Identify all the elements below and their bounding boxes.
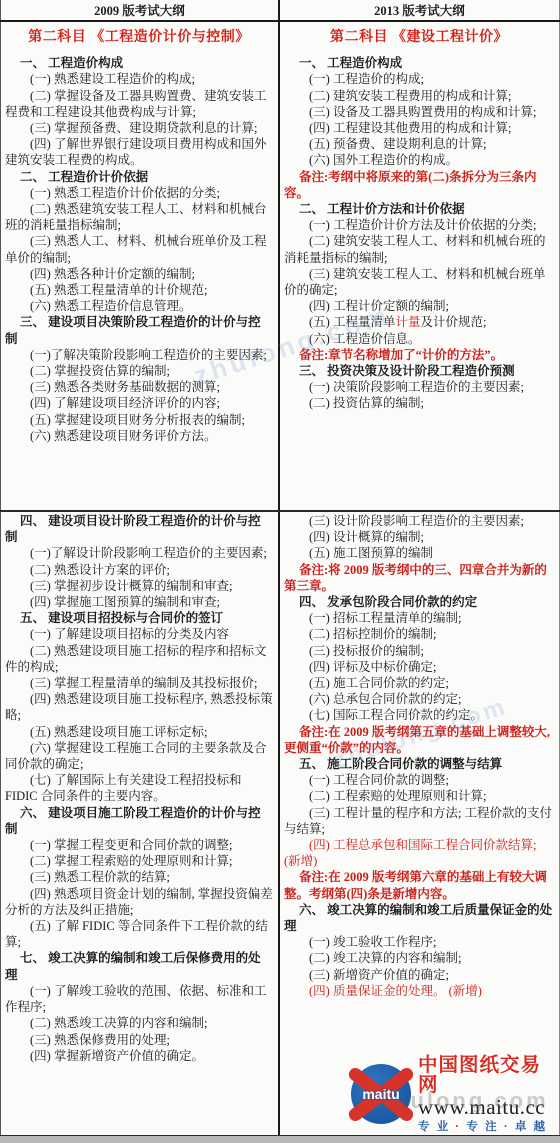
- outline-line: 六、 建设项目施工阶段工程造价的计价与控制: [5, 805, 273, 837]
- outline-line: 四、 发承包阶段合同价款的约定: [284, 594, 554, 610]
- outline-line: 二、 工程计价方法和计价依据: [284, 201, 554, 217]
- outline-line: (四) 工程建设其他费用的构成和计算;: [284, 120, 554, 136]
- outline-line: (一) 熟悉工程造价计价依据的分类;: [5, 185, 273, 201]
- outline-line: 备注:将 2009 版考纲中的三、四章合并为新的第三章。: [284, 562, 554, 594]
- outline-line: (三) 熟悉人工、材料、机械台班单价及工程单价的编制;: [5, 233, 273, 265]
- outline-line: 一、 工程造价构成: [284, 55, 554, 71]
- outline-line: (三) 熟悉各类财务基础数据的测算;: [5, 379, 273, 395]
- outline-line: (五) 预备费、建设期利息的计算;: [284, 136, 554, 152]
- outline-line: 二、 工程造价计价依据: [5, 169, 273, 185]
- outline-line: (四) 熟悉建设项目施工投标程序, 熟悉投标策略;: [5, 691, 273, 723]
- outline-line: (三) 掌握预备费、建设期贷款利息的计算;: [5, 120, 273, 136]
- outline-line: (二) 熟悉建筑安装工程人工、材料和机械台班的消耗量指标编制;: [5, 201, 273, 233]
- outline-line: (六) 熟悉建设项目财务评价方法。: [5, 428, 273, 444]
- outline-line: (四) 设计概算的编制;: [284, 529, 554, 545]
- outline-line: (四) 评标及中标价确定;: [284, 659, 554, 675]
- outline-line: (三) 掌握初步设计概算的编制和审查;: [5, 578, 273, 594]
- section-title-2013: 第二科目 《建设工程计价》: [284, 30, 554, 46]
- outline-line: (二) 熟悉竣工决算的内容和编制;: [5, 1015, 273, 1031]
- section-title-2009: 第二科目 《工程造价计价与控制》: [5, 30, 273, 46]
- outline-line: (四) 工程总承包和国际工程合同价款结算; (新增): [284, 837, 554, 869]
- outline-line: (七) 国际工程合同价款的约定。: [284, 707, 554, 723]
- outline-line: (四) 了解世界银行建设项目费用构成和国外建筑安装工程费的构成。: [5, 136, 273, 168]
- outline-line: (三) 熟悉工程价款的结算;: [5, 869, 273, 885]
- outline-line: (四) 掌握新增资产价值的确定。: [5, 1048, 273, 1064]
- outline-line: (四) 工程计价定额的编制;: [284, 298, 554, 314]
- outline-line: (二) 熟悉建设项目施工招标的程序和招标文件的构成;: [5, 643, 273, 675]
- outline-line: (五) 施工图预算的编制: [284, 545, 554, 561]
- table-header-row: 2009 版考试大纲 2013 版考试大纲: [0, 0, 560, 22]
- outline-line: (四) 质量保证金的处理。 (新增): [284, 983, 554, 999]
- outline-line: (三) 掌握工程量清单的编制及其投标报价;: [5, 675, 273, 691]
- outline-line: (五) 掌握建设项目财务分析报表的编制;: [5, 412, 273, 428]
- outline-line: (一) 决策阶段影响工程造价的主要因素;: [284, 379, 554, 395]
- maitu-badge-icon: maitu: [348, 1061, 414, 1127]
- outline-line: 四、 建设项目设计阶段工程造价的计价与控制: [5, 513, 273, 545]
- outline-line: 五、 施工阶段合同价款的调整与结算: [284, 756, 554, 772]
- logo-badge-text: maitu: [356, 1086, 406, 1102]
- outline-line: (二) 掌握投资估算的编制;: [5, 363, 273, 379]
- outline-line: (五) 熟悉建设项目施工评标定标;: [5, 724, 273, 740]
- outline-line: (六) 熟悉工程造价信息管理。: [5, 298, 273, 314]
- outline-line: 备注:考纲中将原来的第(二)条拆分为三条内容。: [284, 169, 554, 201]
- outline-line: (五) 熟悉工程量清单的计价规范;: [5, 282, 273, 298]
- outline-line: (二) 掌握设备及工器具购置费、建筑安装工程费和工程建设其他费构成与计算;: [5, 88, 273, 120]
- outline-line: 六、 竣工决算的编制和竣工后质量保证金的处理: [284, 902, 554, 934]
- outline-list: 一、 工程造价构成(一) 熟悉建设工程造价的构成;(二) 掌握设备及工器具购置费…: [5, 55, 273, 444]
- outline-line: (一)了解设计阶段影响工程造价的主要因素;: [5, 545, 273, 561]
- outline-list: 四、 建设项目设计阶段工程造价的计价与控制(一)了解设计阶段影响工程造价的主要因…: [5, 513, 273, 1064]
- outline-line: (四) 了解建设项目经济评价的内容;: [5, 395, 273, 411]
- outline-line: (六) 国外工程造价的构成。: [284, 152, 554, 168]
- outline-line: (二) 掌握工程索赔的处理原则和计算;: [5, 853, 273, 869]
- outline-line: (二) 熟悉设计方案的评价;: [5, 562, 273, 578]
- outline-line: (一) 竣工验收工作程序;: [284, 934, 554, 950]
- outline-line: (三) 熟悉保修费用的处理;: [5, 1032, 273, 1048]
- outline-line: (三) 新增资产价值的确定;: [284, 967, 554, 983]
- outline-line: (五) 了解 FIDIC 等合同条件下工程价款的结算;: [5, 918, 273, 950]
- outline-line: 备注:在 2009 版考纲第五章的基础上调整较大, 更侧重“价款”的内容。: [284, 724, 554, 756]
- outline-line: 三、 建设项目决策阶段工程造价的计价与控制: [5, 314, 273, 346]
- cell-2013-part2: (三) 设计阶段影响工程造价的主要因素;(四) 设计概算的编制;(五) 施工图预…: [280, 512, 560, 1135]
- outline-line: (二) 建筑安装工程人工、材料和机械台班的消耗量指标的编制;: [284, 233, 554, 265]
- syllabus-comparison-page: 2009 版考试大纲 2013 版考试大纲 第二科目 《工程造价计价与控制》 一…: [0, 0, 560, 1143]
- site-slogan: 专 业 · 专 注 · 卓 越: [418, 1121, 553, 1133]
- outline-line: (四) 熟悉各种计价定额的编制;: [5, 266, 273, 282]
- outline-line: 七、 竣工决算的编制和竣工后保修费用的处理: [5, 950, 273, 982]
- outline-line: (六) 掌握建设工程施工合同的主要条款及合同价款的确定;: [5, 740, 273, 772]
- outline-line: (一) 工程造价的构成;: [284, 71, 554, 87]
- outline-line: (一) 工程造价计价方法及计价依据的分类;: [284, 217, 554, 233]
- outline-line: (三) 设备及工器具购置费用的构成和计算;: [284, 104, 554, 120]
- outline-line: (一) 了解建设项目招标的分类及内容: [5, 626, 273, 642]
- outline-line: 一、 工程造价构成: [5, 55, 273, 71]
- outline-line: (三) 投标报价的编制;: [284, 643, 554, 659]
- outline-line: (四) 掌握施工图预算的编制和审查;: [5, 594, 273, 610]
- outline-list: 一、 工程造价构成(一) 工程造价的构成;(二) 建筑安装工程费用的构成和计算;…: [284, 55, 554, 411]
- outline-line: (二) 招标控制价的编制;: [284, 626, 554, 642]
- cell-2009-part1: 第二科目 《工程造价计价与控制》 一、 工程造价构成(一) 熟悉建设工程造价的构…: [0, 22, 280, 510]
- outline-line: (一) 工程合同价款的调整;: [284, 772, 554, 788]
- outline-line: (一) 招标工程量清单的编制;: [284, 610, 554, 626]
- outline-line: (六) 总承包合同价款的约定;: [284, 691, 554, 707]
- column-header-2013: 2013 版考试大纲: [280, 0, 560, 20]
- cell-2013-part1: 第二科目 《建设工程计价》 一、 工程造价构成(一) 工程造价的构成;(二) 建…: [280, 22, 560, 510]
- outline-line: (三) 工程计量的程序和方法; 工程价款的支付与结算;: [284, 805, 554, 837]
- outline-line: 备注:在 2009 版考纲第六章的基础上有较大调整。考纲第(四)条是新增内容。: [284, 869, 554, 901]
- outline-line: (一) 熟悉建设工程造价的构成;: [5, 71, 273, 87]
- table-row: 四、 建设项目设计阶段工程造价的计价与控制(一)了解设计阶段影响工程造价的主要因…: [0, 510, 560, 1138]
- maitu-logo: maitu 中国图纸交易网 www.maitu.cc 专 业 · 专 注 · 卓…: [348, 1058, 553, 1130]
- page-bottom-strip: [0, 1136, 560, 1143]
- outline-line: (六) 工程造价信息。: [284, 331, 554, 347]
- outline-line: (二) 工程索赔的处理原则和计算;: [284, 788, 554, 804]
- outline-line: (二) 竣工决算的内容和编制;: [284, 950, 554, 966]
- outline-line: (一)了解决策阶段影响工程造价的主要因素;: [5, 347, 273, 363]
- outline-line: (三) 设计阶段影响工程造价的主要因素;: [284, 513, 554, 529]
- outline-line: (一) 掌握工程变更和合同价款的调整;: [5, 837, 273, 853]
- outline-line: (四) 熟悉项目资金计划的编制, 掌握投资偏差分析的方法及纠正措施;: [5, 886, 273, 918]
- outline-list: (三) 设计阶段影响工程造价的主要因素;(四) 设计概算的编制;(五) 施工图预…: [284, 513, 554, 999]
- outline-line: 备注:章节名称增加了“计价的方法”。: [284, 347, 554, 363]
- outline-line: (五) 施工合同价款的约定;: [284, 675, 554, 691]
- outline-line: (七) 了解国际上有关建设工程招投标和FIDIC 合同条件的主要内容。: [5, 772, 273, 804]
- site-name: 中国图纸交易网: [418, 1055, 553, 1096]
- outline-line: (二) 投资估算的编制;: [284, 395, 554, 411]
- column-header-2009: 2009 版考试大纲: [0, 0, 280, 20]
- logo-text-block: 中国图纸交易网 www.maitu.cc 专 业 · 专 注 · 卓 越: [418, 1055, 553, 1133]
- outline-line: (二) 建筑安装工程费用的构成和计算;: [284, 88, 554, 104]
- site-url: www.maitu.cc: [418, 1096, 553, 1118]
- outline-line: 三、 投资决策及设计阶段工程造价预测: [284, 363, 554, 379]
- outline-line: (三) 建筑安装工程人工、材料和机械台班单价的确定;: [284, 266, 554, 298]
- outline-line: 五、 建设项目招投标与合同价的签订: [5, 610, 273, 626]
- outline-line: (五) 工程量清单计量及计价规范;: [284, 314, 554, 330]
- outline-line: (一) 了解竣工验收的范围、依据、标准和工作程序;: [5, 983, 273, 1015]
- table-row: 第二科目 《工程造价计价与控制》 一、 工程造价构成(一) 熟悉建设工程造价的构…: [0, 22, 560, 510]
- cell-2009-part2: 四、 建设项目设计阶段工程造价的计价与控制(一)了解设计阶段影响工程造价的主要因…: [0, 512, 280, 1135]
